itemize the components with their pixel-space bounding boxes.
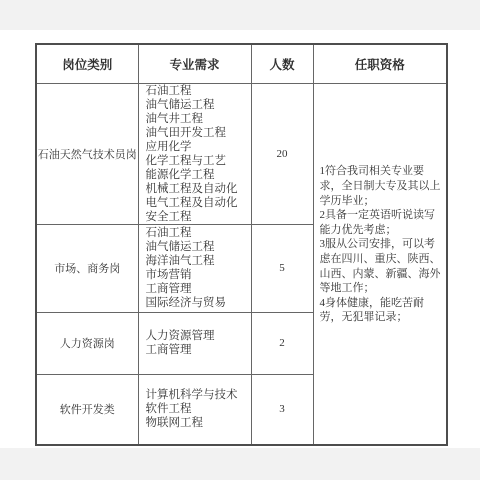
header-position-category: 岗位类别 bbox=[36, 44, 138, 83]
bottom-gray-band bbox=[0, 448, 480, 480]
header-headcount: 人数 bbox=[251, 44, 313, 83]
cell-majors: 石油工程 油气储运工程 海洋油气工程 市场营销 工商管理 国际经济与贸易 bbox=[138, 224, 251, 312]
table-header-row: 岗位类别 专业需求 人数 任职资格 bbox=[36, 44, 447, 83]
cell-majors: 石油工程 油气储运工程 油气井工程 油气田开发工程 应用化学 化学工程与工艺 能… bbox=[138, 83, 251, 224]
top-gray-band bbox=[0, 0, 480, 30]
cell-category: 软件开发类 bbox=[36, 374, 138, 445]
cell-category: 石油天然气技术员岗 bbox=[36, 83, 138, 224]
cell-qualifications: 1符合我司相关专业要求，全日制大专及其以上学历毕业； 2具备一定英语听说读写能力… bbox=[313, 83, 447, 445]
cell-count: 20 bbox=[251, 83, 313, 224]
cell-count: 2 bbox=[251, 312, 313, 374]
cell-category: 市场、商务岗 bbox=[36, 224, 138, 312]
table-row-oil-gas-technician: 石油天然气技术员岗 石油工程 油气储运工程 油气井工程 油气田开发工程 应用化学… bbox=[36, 83, 447, 224]
header-major-requirements: 专业需求 bbox=[138, 44, 251, 83]
recruitment-table: 岗位类别 专业需求 人数 任职资格 石油天然气技术员岗 石油工程 油气储运工程 … bbox=[35, 43, 448, 446]
cell-count: 3 bbox=[251, 374, 313, 445]
cell-count: 5 bbox=[251, 224, 313, 312]
cell-majors: 人力资源管理 工商管理 bbox=[138, 312, 251, 374]
cell-majors: 计算机科学与技术 软件工程 物联网工程 bbox=[138, 374, 251, 445]
page: 岗位类别 专业需求 人数 任职资格 石油天然气技术员岗 石油工程 油气储运工程 … bbox=[0, 0, 480, 480]
cell-category: 人力资源岗 bbox=[36, 312, 138, 374]
header-qualifications: 任职资格 bbox=[313, 44, 447, 83]
